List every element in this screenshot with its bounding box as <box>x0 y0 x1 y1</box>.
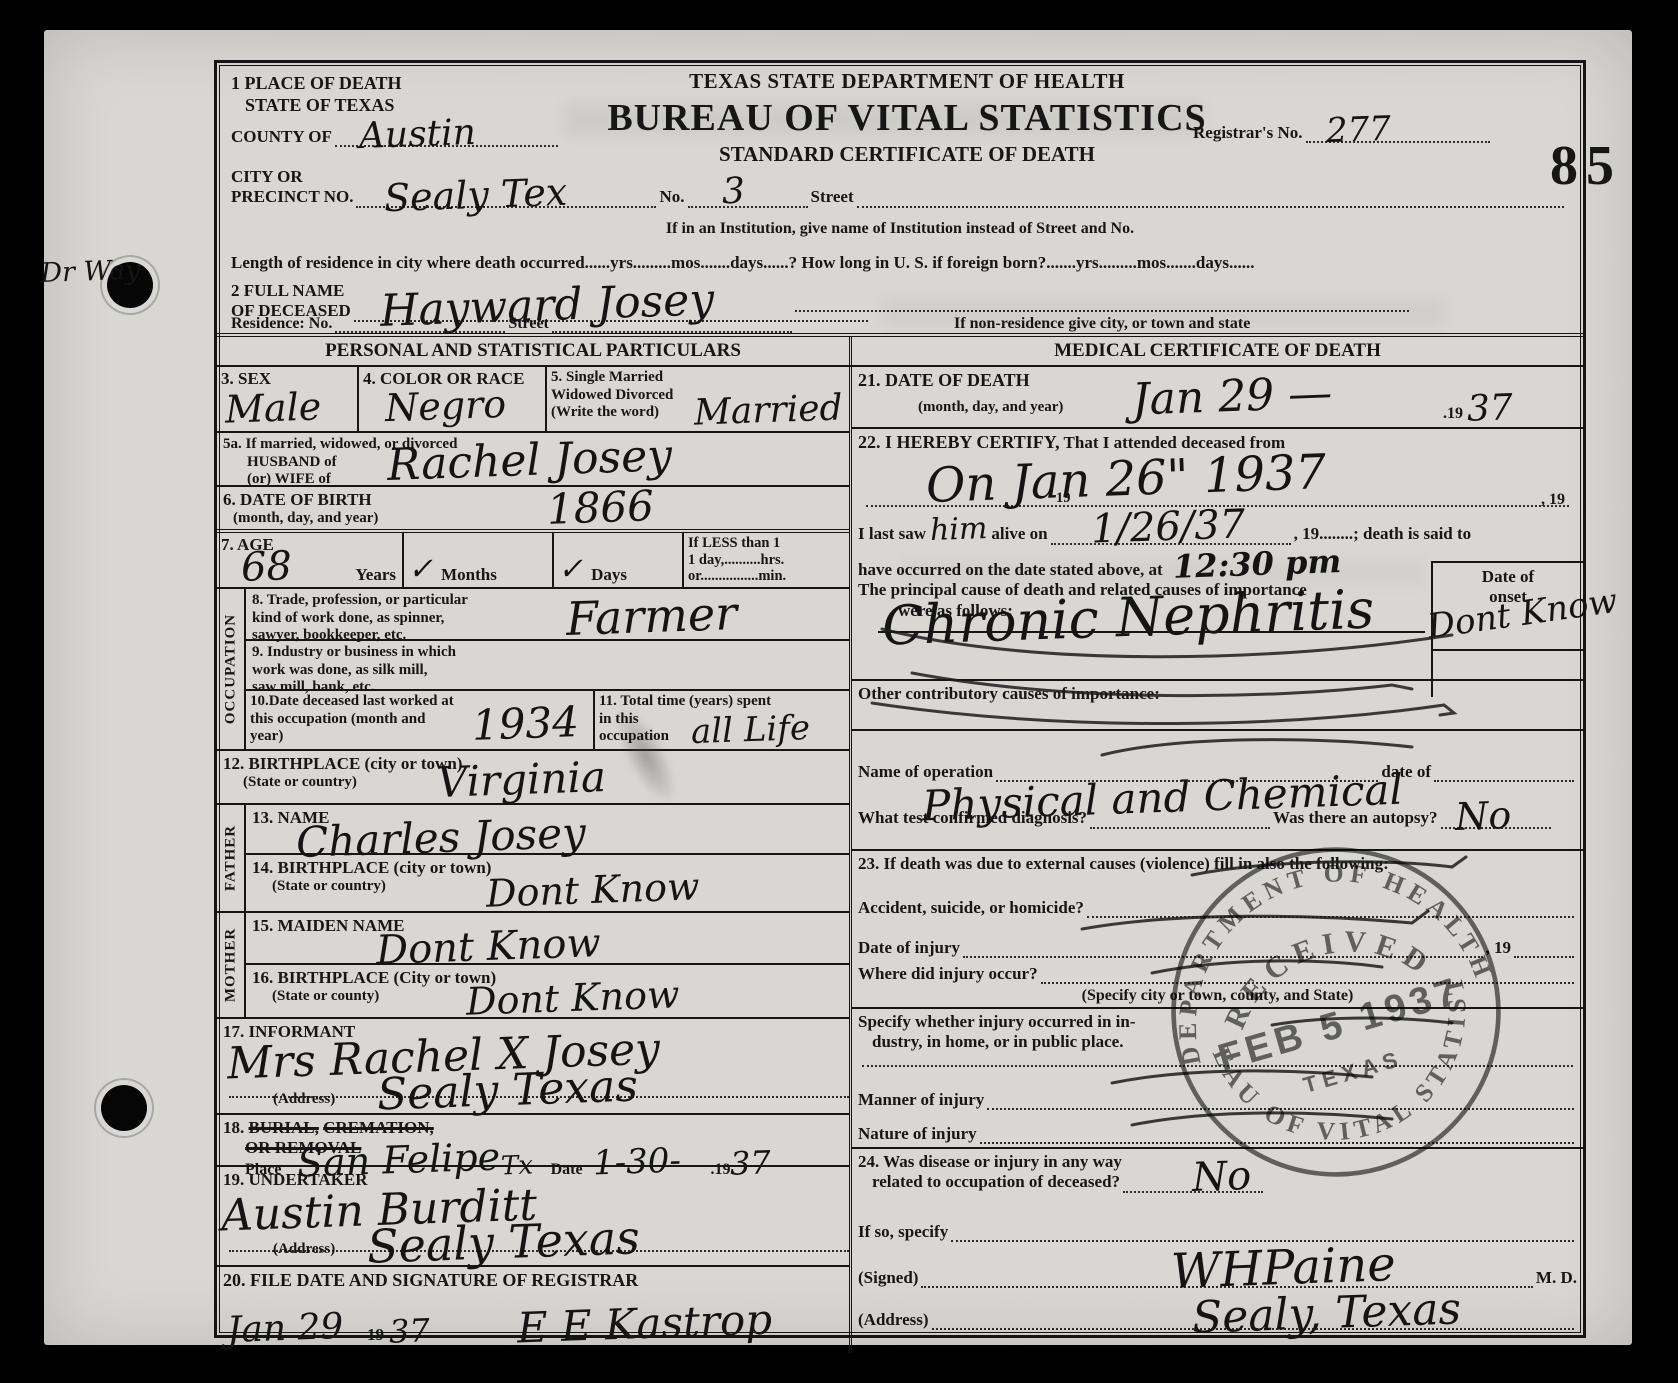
md-label: M. D. <box>1536 1268 1577 1288</box>
field-industry: 9. Industry or business in which work wa… <box>246 641 849 691</box>
undertaker-address-label: (Address) <box>273 1241 335 1259</box>
field-burial: 18. BURIAL, CREMATION, OR REMOVAL Place … <box>217 1115 849 1167</box>
city-label-2: PRECINCT NO. <box>231 187 353 207</box>
field-date-of-birth: 6. DATE OF BIRTH (month, day, and year) … <box>217 487 849 533</box>
nonresidence-note: If non-residence give city, or town and … <box>954 315 1250 332</box>
field-mother-maiden-name: 15. MAIDEN NAME Dont Know <box>246 913 849 965</box>
registrar-label: Registrar's No. <box>1193 123 1303 143</box>
dob-label: 6. DATE OF BIRTH <box>223 490 843 510</box>
f18-cremation-label: CREMATION, <box>323 1118 434 1137</box>
city-label-1: CITY OR <box>231 167 353 187</box>
city-line: Sealy Tex <box>356 190 656 208</box>
mother-birthplace-value: Dont Know <box>465 975 680 1020</box>
nonresidence-line <box>795 308 1410 312</box>
file-date-value: Jan 29 <box>226 1309 344 1349</box>
f18-burial-label: BURIAL, <box>249 1118 319 1137</box>
dob-value: 1866 <box>546 485 654 531</box>
attended-from-value: On Jan 26" 1937 <box>925 448 1327 510</box>
death-time-value: 12:30 pm <box>1172 545 1341 583</box>
dob-sub-label: (month, day, and year) <box>233 510 843 528</box>
less-than-label-3: or................min. <box>688 568 845 585</box>
informant-address-value: Sealy Texas <box>376 1064 638 1117</box>
specify-label-b: in- <box>1116 1012 1136 1031</box>
field-father-name: 13. NAME Charles Josey <box>246 805 849 855</box>
f18-number: 18. <box>223 1118 244 1137</box>
institution-note: If in an Institution, give name of Insti… <box>217 219 1583 238</box>
f22-printed-tail: , 19 <box>1541 490 1565 509</box>
form-header: 1 PLACE OF DEATH STATE OF TEXAS TEXAS ST… <box>217 63 1583 333</box>
county-value: Austin <box>358 115 476 155</box>
lastsaw-date-value: 1/26/37 <box>1090 504 1246 549</box>
lastsaw-tail: , 19........; death is said to <box>1294 524 1472 544</box>
injury-date-year-line <box>1514 940 1574 958</box>
field-age: 7. AGE 68 Years ✓ Months ✓ Days If LESS … <box>217 533 849 589</box>
mother-name-value: Dont Know <box>375 923 601 971</box>
mother-group: MOTHER 15. MAIDEN NAME Dont Know 16. BIR… <box>217 913 849 1019</box>
no-label: No. <box>659 187 684 207</box>
residence-no-line <box>335 315 505 333</box>
field-physician-address: (Address) Sealy, Texas <box>852 1291 1583 1333</box>
marital-label-1: 5. Single Married <box>551 369 845 387</box>
field-registrar-signature: 20. FILE DATE AND SIGNATURE OF REGISTRAR… <box>217 1267 849 1353</box>
f8-line2b: spinner, <box>394 610 445 626</box>
total-time-value: all Life <box>690 711 810 749</box>
street-line <box>857 190 1564 208</box>
field-5a-spouse: 5a. If married, widowed, or divorced HUS… <box>217 433 849 487</box>
contrib-label-c: of importance: <box>1048 684 1159 703</box>
father-group: FATHER 13. NAME Charles Josey 14. BIRTHP… <box>217 805 849 913</box>
street-label: Street <box>811 187 854 207</box>
f22-label-a: 22. I HEREBY CERTIFY, <box>858 432 1060 452</box>
specify-label-g: public place. <box>1032 1032 1124 1051</box>
informant-address-label: (Address) <box>273 1091 335 1109</box>
f24-label-2: related to occupation of deceased? <box>872 1172 1120 1192</box>
medical-section-title: MEDICAL CERTIFICATE OF DEATH <box>852 337 1583 365</box>
death-date-value: Jan 29 — <box>1131 372 1333 423</box>
autopsy-value: No <box>1454 796 1511 836</box>
field-trade: 8. Trade, profession, or particular kind… <box>246 589 849 641</box>
field-father-birthplace: 14. BIRTHPLACE (city or town) (State or … <box>246 855 849 911</box>
less-than-label-2: 1 day,..........hrs. <box>688 552 845 569</box>
f9-line1: 9. Industry or business in which <box>252 644 456 660</box>
field-last-worked: 10.Date deceased last worked at this occ… <box>246 691 849 749</box>
months-check: ✓ <box>407 555 433 586</box>
lastsaw-him-value: him <box>930 514 988 546</box>
contrib-label-a: Other <box>858 684 905 703</box>
margin-annotation: Dr Way <box>40 257 141 287</box>
field-mother-birthplace: 16. BIRTHPLACE (City or town) (State or … <box>246 965 849 1017</box>
personal-particulars-column: 3. SEX Male 4. COLOR OR RACE Negro 5. Si… <box>217 367 849 1353</box>
injury-where-label: Where did injury occur? <box>858 964 1038 984</box>
full-name-label-1: 2 FULL NAME <box>231 281 351 301</box>
trade-value: Farmer <box>565 590 738 642</box>
accident-label: Accident, suicide, or homicide? <box>858 898 1084 918</box>
nature-label: Nature of injury <box>858 1124 977 1144</box>
ifso-line <box>951 1224 1574 1242</box>
occurred-label: have occurred on the date stated above, … <box>858 560 1163 579</box>
days-label: Days <box>591 565 627 585</box>
autopsy-line: No <box>1441 811 1551 829</box>
f23-label-a: 23. If death was due to external causes … <box>858 854 1146 873</box>
mother-rail: MOTHER <box>217 913 246 1017</box>
sex-value: Male <box>224 387 321 428</box>
section-headers: PERSONAL AND STATISTICAL PARTICULARS MED… <box>217 333 1583 367</box>
city-precinct-field: CITY OR PRECINCT NO. Sealy Tex No. 3 Str… <box>231 167 1567 208</box>
field-date-of-death: 21. DATE OF DEATH (month, day, and year)… <box>852 367 1583 429</box>
personal-section-title: PERSONAL AND STATISTICAL PARTICULARS <box>217 337 852 365</box>
lastsaw-label-2: alive on <box>991 524 1047 544</box>
state-of-texas-label: STATE OF TEXAS <box>245 95 394 116</box>
undertaker-address-value: Sealy Texas <box>366 1214 640 1269</box>
physician-address-line: Sealy, Texas <box>932 1312 1574 1330</box>
occupation-group: OCCUPATION 8. Trade, profession, or part… <box>217 589 849 751</box>
field-sex-race-marital: 3. SEX Male 4. COLOR OR RACE Negro 5. Si… <box>217 367 849 433</box>
certificate-title: STANDARD CERTIFICATE OF DEATH <box>597 142 1217 167</box>
signed-label: (Signed) <box>858 1268 918 1288</box>
specify-label-d: in <box>923 1032 946 1051</box>
birthplace-value: Virginia <box>436 756 606 804</box>
f22-printed-19: 19 <box>1056 490 1071 507</box>
county-line: Austin <box>335 129 558 147</box>
f21-year-printed: .19 <box>1443 404 1463 423</box>
registrar-value: 277 <box>1325 112 1391 148</box>
date-of-onset-box: Date of onset Dont Know <box>1431 561 1583 697</box>
field-contributory: Other contributory causes of importance: <box>852 681 1583 731</box>
registrar-line: 277 <box>1306 125 1490 143</box>
contrib-label-b: contributory causes <box>905 684 1048 703</box>
residence-length-line: Length of residence in city where death … <box>231 253 1254 273</box>
age-value: 68 <box>240 546 292 588</box>
residence-row: Residence: No. Street If non-residence g… <box>231 307 1567 333</box>
field-undertaker: 19. UNDERTAKER Austin Burditt (Address) … <box>217 1167 849 1267</box>
lastsaw-label-1: I last saw <box>858 524 926 544</box>
received-stamp: DEPARTMENT OF HEALTH RECEIVED FEB 5 1937… <box>1162 838 1510 1186</box>
occupation-rail: OCCUPATION <box>217 589 246 749</box>
field-attended: 22. I HEREBY CERTIFY, That I attended de… <box>852 429 1583 549</box>
dept-title: TEXAS STATE DEPARTMENT OF HEALTH <box>597 69 1217 94</box>
onset-label-1: Date of <box>1433 567 1583 587</box>
years-label: Years <box>355 565 396 585</box>
injury-date-label: Date of injury <box>858 938 960 958</box>
bureau-title: BUREAU OF VITAL STATISTICS <box>597 96 1217 140</box>
file-year-value: 37 <box>388 1314 430 1347</box>
specify-label-e: home, <box>945 1032 989 1051</box>
months-label: Months <box>441 565 497 585</box>
no-value: 3 <box>721 173 745 210</box>
cause-of-death-value: Chronic Nephritis <box>881 582 1375 653</box>
residence-street-label: Street <box>508 314 549 333</box>
field-birthplace: 12. BIRTHPLACE (city or town) (State or … <box>217 751 849 805</box>
punch-hole <box>101 1085 147 1131</box>
test-line <box>1090 811 1270 829</box>
f9-line2b: silk mill, <box>372 662 427 678</box>
manner-label: Manner of injury <box>858 1090 984 1110</box>
lastsaw-line: 1/26/37 <box>1051 527 1291 545</box>
county-label: COUNTY OF <box>231 127 332 147</box>
specify-label-f: or in <box>989 1032 1032 1051</box>
city-value: Sealy Tex <box>384 173 568 217</box>
registrar-field: Registrar's No. 277 <box>1193 123 1493 143</box>
registrar-signature-value: E E Kastrop <box>516 1299 772 1350</box>
less-than-label-1: If LESS than 1 <box>688 535 845 552</box>
operation-date-line <box>1434 764 1574 782</box>
death-year-value: 37 <box>1467 390 1514 428</box>
f20-label: 20. FILE DATE AND SIGNATURE OF REGISTRAR <box>223 1270 843 1291</box>
physician-address-value: Sealy, Texas <box>1191 1287 1461 1340</box>
no-line: 3 <box>688 190 808 208</box>
attended-line: On Jan 26" 1937 19 , 19 <box>866 453 1569 507</box>
field-principal-cause: have occurred on the date stated above, … <box>852 549 1583 681</box>
f8-line1: 8. Trade, profession, or particular <box>252 592 468 608</box>
last-worked-value: 1934 <box>471 701 579 747</box>
physician-address-label: (Address) <box>858 1310 929 1330</box>
field-if-so-specify: If so, specify <box>852 1213 1583 1245</box>
field-signed: (Signed) WHPaine M. D. <box>852 1245 1583 1291</box>
county-field: COUNTY OF Austin <box>231 127 561 147</box>
days-check: ✓ <box>557 555 583 586</box>
residence-no-label: Residence: No. <box>231 314 332 333</box>
ifso-label: If so, specify <box>858 1222 948 1242</box>
race-value: Negro <box>384 385 506 427</box>
residence-street-line <box>552 315 792 333</box>
cause-underline <box>878 631 1425 633</box>
father-rail: FATHER <box>217 805 246 911</box>
f8-line2a: kind of work done, as <box>252 610 394 626</box>
father-birthplace-value: Dont Know <box>485 867 700 912</box>
form-titles: TEXAS STATE DEPARTMENT OF HEALTH BUREAU … <box>597 69 1217 167</box>
f9-line2a: work was done, as <box>252 662 372 678</box>
specify-label-a: Specify whether injury occurred in <box>858 1012 1116 1031</box>
specify-label-c: dustry, <box>872 1032 923 1051</box>
field-informant: 17. INFORMANT Mrs Rachel X Josey (Addres… <box>217 1019 849 1115</box>
place-of-death-label: 1 PLACE OF DEATH <box>231 73 402 94</box>
spouse-value: Rachel Josey <box>386 434 672 488</box>
field-operation-test: Name of operation date of Physical and C… <box>852 731 1583 851</box>
file-year-printed: 19 <box>367 1325 384 1345</box>
marital-value: Married <box>694 390 844 431</box>
certificate-paper: Dr Way 85 1 PLACE OF DEATH STATE OF TEXA… <box>44 30 1632 1345</box>
